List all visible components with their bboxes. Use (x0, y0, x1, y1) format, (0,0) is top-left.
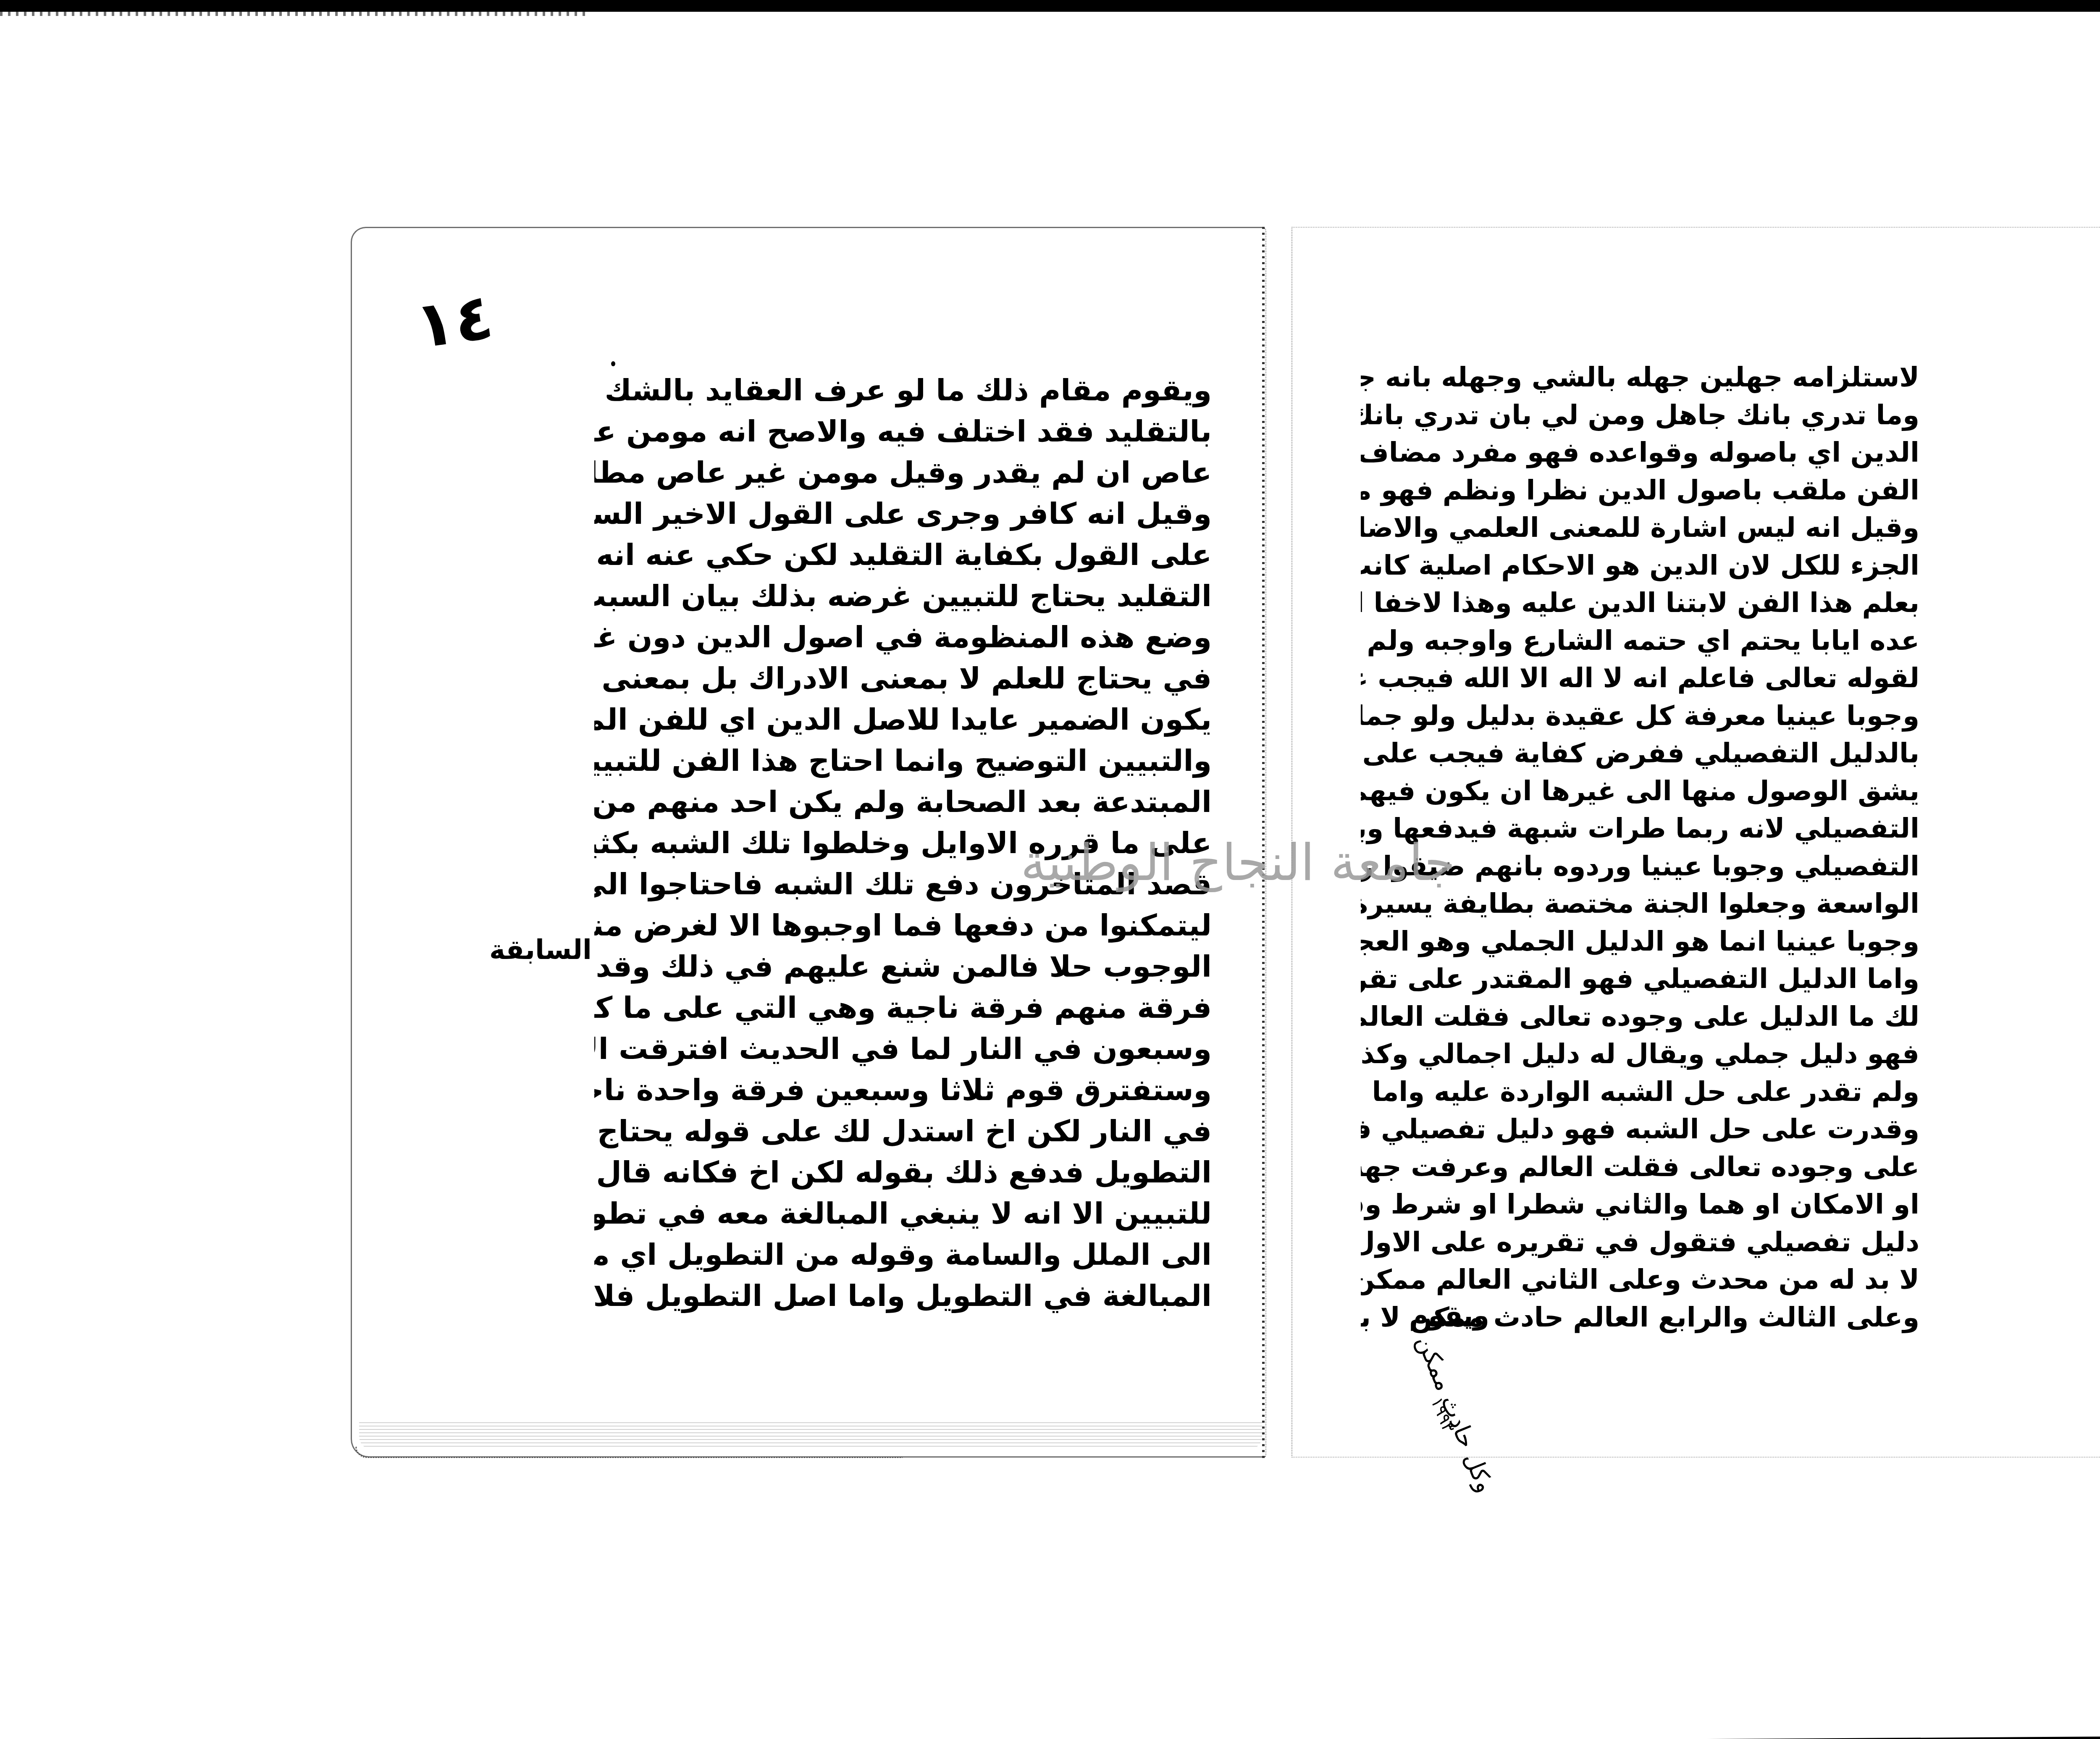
text-line: فرقة منهم فرقة ناجية وهي التي على ما كان… (594, 987, 1212, 1028)
text-line: وجوبا عينيا معرفة كل عقيدة بدليل ولو جمل… (1361, 698, 1919, 736)
text-line: وسبعون في النار لما في الحديث افترقت الا… (594, 1028, 1212, 1069)
text-line: لقوله تعالى فاعلم انه لا اله الا الله في… (1361, 660, 1919, 698)
text-line: الفن ملقب باصول الدين نظرا ونظم فهو من ا… (1361, 472, 1919, 510)
text-line: المبالغة في التطويل واما اصل التطويل فلا… (594, 1275, 1212, 1316)
text-line: في يحتاج للعلم لا بمعنى الادراك بل بمعنى… (594, 658, 1212, 699)
text-line: الوجوب حلا فالمن شنع عليهم في ذلك وقد اف… (594, 946, 1212, 987)
text-line: وقدرت على حل الشبه فهو دليل تفصيلي فاذا … (1361, 1111, 1919, 1149)
text-line: للتبيين الا انه لا ينبغي المبالغة معه في… (594, 1193, 1212, 1234)
text-line: التقليد يحتاج للتبيين غرضه بذلك بيان الس… (594, 575, 1212, 617)
catchword: ويقوم (1409, 1300, 1489, 1331)
text-line: الى الملل والسامة وقوله من التطويل اي من… (594, 1234, 1212, 1275)
text-line: والتبيين التوضيح وانما احتاج هذا الفن لل… (594, 740, 1212, 781)
folio-number: ١٤ (412, 285, 496, 358)
library-watermark: جامعة النجاح الوطنية (1021, 834, 1455, 892)
text-line: وستفترق قوم ثلاثا وسبعين فرقة واحدة ناجي… (594, 1069, 1212, 1111)
scan-bottom-border (1701, 1735, 2100, 1739)
manuscript-scan: ١٤ السابقة ويقوم مقام ذلك ما لو عرف العق… (0, 0, 2100, 1739)
text-line: المبتدعة بعد الصحابة ولم يكن احد منهم من… (594, 781, 1212, 822)
text-line: واما الدليل التفصيلي فهو المقتدر على تقر… (1361, 961, 1919, 998)
text-line: التطويل فدفع ذلك بقوله لكن اخ فكانه قال … (594, 1152, 1212, 1193)
text-line: لاستلزامه جهلين جهله بالشي وجهله بانه جا… (1361, 359, 1919, 397)
text-line: وما تدري بانك جاهل ومن لي بان تدري بانك … (1361, 397, 1919, 435)
text-line: ليتمكنوا من دفعها فما اوجبوها الا لغرض م… (594, 905, 1212, 946)
text-line: في النار لكن اخ استدل لك على قوله يحتاج … (594, 1111, 1212, 1152)
text-line: على وجوده تعالى فقلت العالم وعرفت جهة ال… (1361, 1149, 1919, 1187)
text-line: بعلم هذا الفن لابتنا الدين عليه وهذا لاخ… (1361, 585, 1919, 623)
text-line: الدين اي باصوله وقواعده فهو مفرد مضاف يع… (1361, 434, 1919, 472)
text-line: وقيل انه كافر وجرى على القول الاخير السن… (594, 493, 1212, 534)
text-line: يكون الضمير عايدا للاصل الدين اي للفن ال… (594, 699, 1212, 740)
left-page-edge-shadow (359, 1420, 1262, 1449)
text-line: عده ايابا يحتم اي حتمه الشارع واوجبه ولم… (1361, 623, 1919, 660)
scan-top-border-fray (0, 12, 588, 16)
text-line: ويقوم مقام ذلك ما لو عرف العقايد بالشك و… (594, 370, 1212, 411)
text-line: وضع هذه المنظومة في اصول الدين دون غيره … (594, 617, 1212, 658)
text-line: او الامكان او هما والثاني شطرا او شرط وق… (1361, 1186, 1919, 1224)
text-line: يشق الوصول منها الى غيرها ان يكون فيهم م… (1361, 773, 1919, 811)
text-line: على القول بكفاية التقليد لكن حكي عنه انه… (594, 534, 1212, 575)
scan-top-border (0, 0, 2100, 12)
text-line: لا بد له من محدث وعلى الثاني العالم ممكن… (1361, 1261, 1919, 1299)
text-line: وجوبا عينيا انما هو الدليل الجملي وهو ال… (1361, 923, 1919, 961)
text-line: لك ما الدليل على وجوده تعالى فقلت العالم… (1361, 998, 1919, 1036)
text-line: وقيل انه ليس اشارة للمعنى العلمي والاضاف… (1361, 510, 1919, 547)
text-line: بالدليل التفصيلي ففرض كفاية فيجب على اهل… (1361, 735, 1919, 773)
ink-dot (611, 361, 615, 366)
text-line: عاص ان لم يقدر وقيل مومن غير عاص مطلقا و… (594, 452, 1212, 493)
text-line: الجزء للكل لان الدين هو الاحكام اصلية كا… (1361, 547, 1919, 585)
text-line: ولم تقدر على حل الشبه الواردة عليه واما … (1361, 1074, 1919, 1111)
text-line: بالتقليد فقد اختلف فيه والاصح انه مومن ع… (594, 411, 1212, 452)
text-line: دليل تفصيلي فتقول في تقريره على الاول ال… (1361, 1224, 1919, 1262)
text-line: فهو دليل جملي ويقال له دليل اجمالي وكذلك… (1361, 1036, 1919, 1074)
margin-note: السابقة (489, 935, 592, 966)
